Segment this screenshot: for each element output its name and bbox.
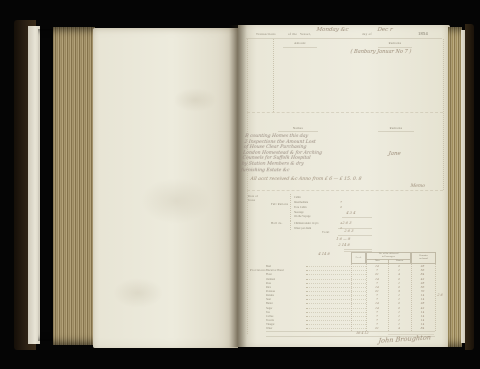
dotted-leader	[306, 266, 366, 267]
provisions-item-name: Tea	[266, 311, 306, 314]
section-divider-dashed-2	[247, 190, 443, 191]
dotted-leader	[306, 304, 366, 305]
provisions-item-name: Raisins	[266, 294, 306, 297]
header-printed-prefix: Transactions	[256, 32, 276, 36]
rations-group1-rows: Cabin Intermediate 7 Fore Cabin 2 Steera…	[294, 194, 342, 218]
provisions-item-name: Vinegar	[266, 323, 306, 326]
left-page-blank	[93, 28, 238, 348]
provisions-item-name: Beef	[266, 265, 306, 268]
column-header-underline-right	[378, 47, 412, 48]
dotted-leader	[306, 324, 366, 325]
rations-rule-3	[338, 235, 372, 236]
names-handwritten-paragraph: B counting Homes this day2 Inspections t…	[241, 134, 338, 173]
header-handwritten-vessel-name: Monday &c	[316, 27, 349, 33]
header-printed-mid: of the	[288, 32, 297, 36]
remarks-header-underline	[378, 131, 414, 132]
rations-row-label: Intermediate	[294, 201, 330, 204]
provisions-col-rule-1	[351, 264, 352, 331]
provisions-header-right-line2: on board	[412, 258, 435, 261]
provisions-item-name: Rice	[266, 286, 306, 289]
dotted-leader	[306, 270, 366, 271]
dotted-leader	[306, 283, 366, 284]
rations-bracket-2	[290, 220, 291, 230]
rations-row-label: Steerage	[294, 211, 330, 214]
provisions-item-name: Butter	[266, 302, 306, 305]
provisions-item-name: Water	[266, 327, 306, 330]
rations-row: Fore Cabin 2	[294, 204, 342, 209]
remarks-handwritten-note: ( Banbury Januar No 7 )	[350, 49, 412, 55]
provisions-col-c-value: 84	[410, 326, 435, 330]
rations-double-underline-a	[344, 249, 372, 250]
rations-row-label: On the Voyage	[294, 215, 330, 218]
provisions-header-left-label: £ s. d.	[352, 257, 365, 260]
dotted-leader	[306, 316, 366, 317]
fore-edge-right	[448, 27, 462, 347]
dotted-leader	[306, 312, 366, 313]
rations-row-value: 4	[330, 221, 342, 225]
names-section-header: Names	[278, 126, 318, 130]
provisions-totals: 56 4 12	[356, 331, 369, 335]
provisions-remark-entry: 2 6	[437, 293, 443, 297]
header-handwritten-date: Dec r	[377, 27, 393, 33]
rations-row: Water per diem 2	[294, 225, 342, 230]
rations-group2-label: Half do.	[271, 222, 283, 225]
dotted-leader	[306, 295, 366, 296]
provisions-item-name: Flour	[266, 273, 306, 276]
rations-rule-2	[338, 228, 372, 229]
provisions-item-name: Peas	[266, 282, 306, 285]
rations-side-label-2: Issue	[248, 199, 255, 202]
provisions-item-name: Biscuit or Bread	[266, 269, 306, 272]
dotted-leader	[306, 291, 366, 292]
rations-total-value: 2 6 3	[344, 229, 354, 233]
section-divider-dashed-1	[247, 112, 443, 113]
page-stack-fore-edge	[53, 27, 95, 345]
signature: John Broughton	[378, 333, 431, 345]
provisions-col-rule-3	[388, 259, 389, 331]
names-remarks-header: Remarks	[378, 126, 414, 130]
rations-extra-row-2: 2 14 8	[338, 243, 350, 247]
dotted-leader	[306, 287, 366, 288]
provisions-item-name: Oatmeal	[266, 278, 306, 281]
rations-row-label: Children under 14 yrs	[294, 222, 330, 225]
dotted-leader	[306, 328, 366, 329]
provisions-subheader-men: Men	[367, 259, 388, 263]
inner-column-rule	[273, 39, 274, 112]
rations-extra-row-1: 1 6 — 8	[336, 237, 350, 241]
provisions-col-a-value: 21	[366, 326, 388, 330]
rations-row-value: 2	[330, 205, 342, 209]
rations-amount-2: 2 6 3	[342, 221, 352, 225]
book-cover-right	[465, 24, 474, 350]
provisions-subheader-women: Women	[388, 259, 410, 263]
handwriting-line: furnishing Estate &c	[241, 168, 334, 174]
rations-extra-row-3: 4 14 8	[318, 252, 330, 256]
rations-group2-rows: Children under 14 yrs 4 Water per diem 2	[294, 220, 342, 230]
provisions-side-label: Provisions	[250, 268, 266, 272]
rations-amount-1: 4 3 4	[346, 211, 356, 215]
rations-row-value: 7	[330, 200, 342, 204]
provisions-col-rule-4	[411, 264, 412, 331]
page-stain	[141, 178, 211, 224]
provisions-header-box-left: £ s. d.	[351, 252, 366, 264]
column-header-underline-left	[283, 47, 317, 48]
page-stain	[173, 88, 217, 112]
header-printed-dayof: day of	[362, 32, 372, 36]
provisions-item-name: Sugar	[266, 307, 306, 310]
provisions-col-rule-5	[435, 252, 436, 331]
provisions-col-rule-2	[366, 264, 367, 331]
dotted-leader	[306, 279, 366, 280]
rations-row: Children under 14 yrs 4	[294, 220, 342, 225]
provisions-item-name: Treacle	[266, 319, 306, 322]
rations-row-label: Cabin	[294, 196, 330, 199]
rations-row: Intermediate 7	[294, 199, 342, 204]
rations-group1-label: Full Rations	[271, 203, 288, 206]
rations-row-label: Fore Cabin	[294, 206, 330, 209]
provisions-col-b-value: 4	[388, 326, 410, 330]
rations-side-label-1: Rate of	[248, 195, 258, 198]
rations-total-label: Total	[322, 230, 330, 234]
page-stack-blue-edge	[38, 29, 54, 341]
margin-column-rule	[247, 39, 248, 334]
provisions-item-name: Suet	[266, 298, 306, 301]
ledger-form: Transactions of the Vessel, Monday &c da…	[238, 25, 450, 347]
header-printed-vessel: Vessel,	[300, 32, 311, 36]
rations-row: On the Voyage	[294, 214, 342, 219]
column-header-right: Remarks	[378, 41, 412, 45]
rations-rule-1	[342, 217, 372, 218]
provisions-header-box-right: Remains on board	[411, 252, 436, 264]
middle-handwritten-word: Jane	[388, 151, 401, 157]
names-footer-handwritten-line: All acct received &c Anno from £ 6 — £ 1…	[250, 177, 362, 182]
photo-of-open-ledger: Transactions of the Vessel, Monday &c da…	[0, 0, 480, 369]
header-rule	[246, 38, 442, 39]
names-header-underline	[278, 131, 318, 132]
right-column-rule	[443, 39, 444, 190]
column-header-left: Amount	[283, 41, 317, 45]
provisions-total-rule	[266, 331, 435, 332]
dotted-leader	[306, 299, 366, 300]
dotted-leader	[306, 308, 366, 309]
dotted-leader	[306, 320, 366, 321]
dotted-leader	[306, 275, 366, 276]
provisions-item-name: Coffee	[266, 315, 306, 318]
rations-bracket-1	[290, 194, 291, 219]
provisions-item-name: Potatoes	[266, 290, 306, 293]
header-year: 1854	[418, 31, 428, 36]
page-stain	[113, 278, 163, 308]
names-footer-memo: Memo	[410, 184, 425, 189]
